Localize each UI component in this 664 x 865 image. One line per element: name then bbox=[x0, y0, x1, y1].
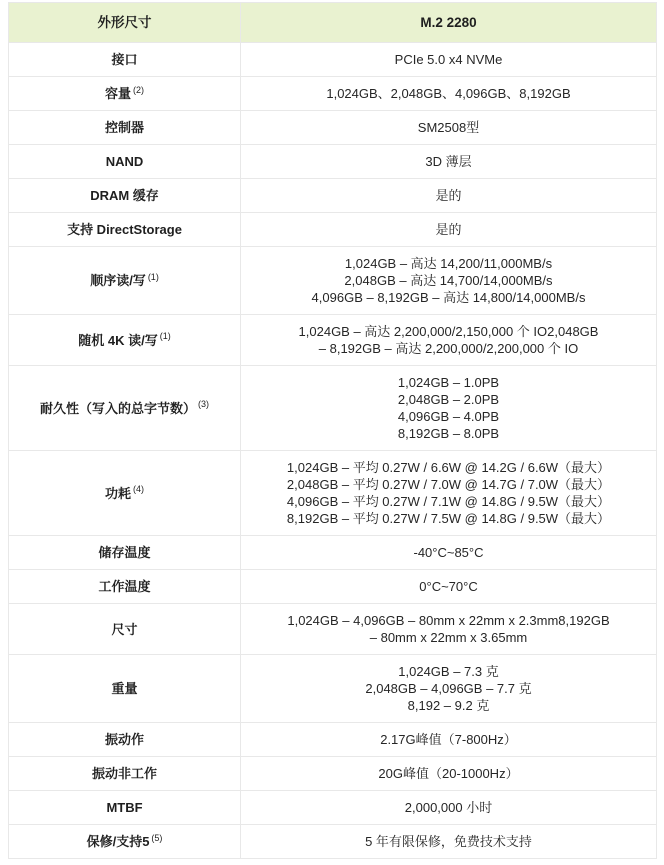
row-label-text: 工作温度 bbox=[98, 579, 150, 594]
row-label-text: 顺序读/写 bbox=[90, 273, 146, 288]
value-line: -40°C~85°C bbox=[247, 544, 650, 561]
row-endurance: 耐久性（写入的总字节数）(3) 1,024GB – 1.0PB 2,048GB … bbox=[9, 366, 657, 451]
row-interface: 接口 PCIe 5.0 x4 NVMe bbox=[9, 43, 657, 77]
spec-header-row: 外形尺寸 M.2 2280 bbox=[9, 3, 657, 43]
value-line: 20G峰值（20-1000Hz） bbox=[247, 765, 650, 782]
value-line: 1,024GB – 平均 0.27W / 6.6W @ 14.2G / 6.6W… bbox=[247, 459, 650, 476]
row-label-text: 随机 4K 读/写 bbox=[78, 333, 157, 348]
value-line: 1,024GB – 7.3 克 bbox=[247, 663, 650, 680]
row-directstorage: 支持 DirectStorage 是的 bbox=[9, 213, 657, 247]
value-line: 2,000,000 小时 bbox=[247, 799, 650, 816]
row-label-text: MTBF bbox=[106, 800, 142, 815]
row-label: MTBF bbox=[9, 791, 241, 825]
row-label: 随机 4K 读/写(1) bbox=[9, 315, 241, 366]
row-value: 1,024GB – 高达 2,200,000/2,150,000 个 IO2,0… bbox=[241, 315, 657, 366]
row-value: 1,024GB – 平均 0.27W / 6.6W @ 14.2G / 6.6W… bbox=[241, 451, 657, 536]
row-label: 顺序读/写(1) bbox=[9, 247, 241, 315]
row-label: 耐久性（写入的总字节数）(3) bbox=[9, 366, 241, 451]
row-capacity: 容量(2) 1,024GB、2,048GB、4,096GB、8,192GB bbox=[9, 77, 657, 111]
value-line: 3D 薄层 bbox=[247, 153, 650, 170]
row-value: 是的 bbox=[241, 213, 657, 247]
row-value: 2,000,000 小时 bbox=[241, 791, 657, 825]
footnote-superscript: (2) bbox=[133, 85, 144, 95]
row-operating-temperature: 工作温度 0°C~70°C bbox=[9, 570, 657, 604]
row-value: 1,024GB – 1.0PB 2,048GB – 2.0PB 4,096GB … bbox=[241, 366, 657, 451]
row-label-text: 控制器 bbox=[105, 120, 144, 135]
value-line: 1,024GB、2,048GB、4,096GB、8,192GB bbox=[247, 85, 650, 102]
value-line: 2,048GB – 4,096GB – 7.7 克 bbox=[247, 680, 650, 697]
row-value: 1,024GB、2,048GB、4,096GB、8,192GB bbox=[241, 77, 657, 111]
value-line: 1,024GB – 1.0PB bbox=[247, 374, 650, 391]
value-line: 2,048GB – 高达 14,700/14,000MB/s bbox=[247, 272, 650, 289]
row-value: 2.17G峰值（7-800Hz） bbox=[241, 723, 657, 757]
row-label: 功耗(4) bbox=[9, 451, 241, 536]
row-mtbf: MTBF 2,000,000 小时 bbox=[9, 791, 657, 825]
value-line: 8,192 – 9.2 克 bbox=[247, 697, 650, 714]
row-value: 1,024GB – 4,096GB – 80mm x 22mm x 2.3mm8… bbox=[241, 604, 657, 655]
spec-header-label: 外形尺寸 bbox=[9, 3, 241, 43]
value-line: 2,048GB – 平均 0.27W / 7.0W @ 14.7G / 7.0W… bbox=[247, 476, 650, 493]
row-label: 控制器 bbox=[9, 111, 241, 145]
row-label-text: NAND bbox=[106, 154, 144, 169]
value-line: – 80mm x 22mm x 3.65mm bbox=[247, 629, 650, 646]
row-warranty-support: 保修/支持5(5) 5 年有限保修，免费技术支持 bbox=[9, 825, 657, 859]
footnote-superscript: (5) bbox=[151, 833, 162, 843]
row-label-text: 支持 DirectStorage bbox=[67, 222, 182, 237]
row-label: 振动作 bbox=[9, 723, 241, 757]
footnote-superscript: (3) bbox=[198, 399, 209, 409]
row-value: 是的 bbox=[241, 179, 657, 213]
value-line: 2.17G峰值（7-800Hz） bbox=[247, 731, 650, 748]
value-line: 1,024GB – 4,096GB – 80mm x 22mm x 2.3mm8… bbox=[247, 612, 650, 629]
row-controller: 控制器 SM2508型 bbox=[9, 111, 657, 145]
row-weight: 重量 1,024GB – 7.3 克 2,048GB – 4,096GB – 7… bbox=[9, 655, 657, 723]
spec-page: 外形尺寸 M.2 2280 接口 PCIe 5.0 x4 NVMe 容量(2) … bbox=[0, 0, 664, 859]
row-label-text: DRAM 缓存 bbox=[90, 188, 159, 203]
row-label: 振动非工作 bbox=[9, 757, 241, 791]
row-value: 0°C~70°C bbox=[241, 570, 657, 604]
row-label-text: 接口 bbox=[111, 52, 137, 67]
value-line: 是的 bbox=[247, 221, 650, 238]
row-vibration-operating: 振动作 2.17G峰值（7-800Hz） bbox=[9, 723, 657, 757]
row-value: 1,024GB – 7.3 克 2,048GB – 4,096GB – 7.7 … bbox=[241, 655, 657, 723]
value-line: 4,096GB – 平均 0.27W / 7.1W @ 14.8G / 9.5W… bbox=[247, 493, 650, 510]
value-line: 4,096GB – 4.0PB bbox=[247, 408, 650, 425]
row-label: NAND bbox=[9, 145, 241, 179]
row-label: 接口 bbox=[9, 43, 241, 77]
footnote-superscript: (1) bbox=[148, 272, 159, 282]
value-line: 0°C~70°C bbox=[247, 578, 650, 595]
row-random-4k-read-write: 随机 4K 读/写(1) 1,024GB – 高达 2,200,000/2,15… bbox=[9, 315, 657, 366]
value-line: 8,192GB – 平均 0.27W / 7.5W @ 14.8G / 9.5W… bbox=[247, 510, 650, 527]
row-label: 尺寸 bbox=[9, 604, 241, 655]
spec-table: 外形尺寸 M.2 2280 接口 PCIe 5.0 x4 NVMe 容量(2) … bbox=[8, 2, 657, 859]
row-label-text: 重量 bbox=[111, 681, 137, 696]
row-dram-cache: DRAM 缓存 是的 bbox=[9, 179, 657, 213]
row-label: DRAM 缓存 bbox=[9, 179, 241, 213]
row-label-text: 储存温度 bbox=[98, 545, 150, 560]
footnote-superscript: (4) bbox=[133, 484, 144, 494]
value-line: 2,048GB – 2.0PB bbox=[247, 391, 650, 408]
row-label: 工作温度 bbox=[9, 570, 241, 604]
row-label-text: 尺寸 bbox=[111, 622, 137, 637]
value-line: – 8,192GB – 高达 2,200,000/2,200,000 个 IO bbox=[247, 340, 650, 357]
value-line: 5 年有限保修，免费技术支持 bbox=[247, 833, 650, 850]
row-label: 重量 bbox=[9, 655, 241, 723]
spec-header-value: M.2 2280 bbox=[241, 3, 657, 43]
row-label-text: 耐久性（写入的总字节数） bbox=[40, 401, 196, 416]
row-vibration-non-operating: 振动非工作 20G峰值（20-1000Hz） bbox=[9, 757, 657, 791]
row-value: 5 年有限保修，免费技术支持 bbox=[241, 825, 657, 859]
row-nand: NAND 3D 薄层 bbox=[9, 145, 657, 179]
row-label-text: 功耗 bbox=[105, 486, 131, 501]
row-value: 1,024GB – 高达 14,200/11,000MB/s 2,048GB –… bbox=[241, 247, 657, 315]
row-label-text: 振动作 bbox=[105, 732, 144, 747]
row-value: PCIe 5.0 x4 NVMe bbox=[241, 43, 657, 77]
row-label-text: 振动非工作 bbox=[92, 766, 157, 781]
row-value: 3D 薄层 bbox=[241, 145, 657, 179]
row-sequential-read-write: 顺序读/写(1) 1,024GB – 高达 14,200/11,000MB/s … bbox=[9, 247, 657, 315]
row-label-text: 容量 bbox=[105, 86, 131, 101]
row-label: 支持 DirectStorage bbox=[9, 213, 241, 247]
value-line: SM2508型 bbox=[247, 119, 650, 136]
value-line: PCIe 5.0 x4 NVMe bbox=[247, 51, 650, 68]
row-dimensions: 尺寸 1,024GB – 4,096GB – 80mm x 22mm x 2.3… bbox=[9, 604, 657, 655]
row-value: SM2508型 bbox=[241, 111, 657, 145]
row-storage-temperature: 储存温度 -40°C~85°C bbox=[9, 536, 657, 570]
value-line: 4,096GB – 8,192GB – 高达 14,800/14,000MB/s bbox=[247, 289, 650, 306]
row-power-consumption: 功耗(4) 1,024GB – 平均 0.27W / 6.6W @ 14.2G … bbox=[9, 451, 657, 536]
row-value: -40°C~85°C bbox=[241, 536, 657, 570]
row-label: 储存温度 bbox=[9, 536, 241, 570]
row-label-text: 保修/支持5 bbox=[87, 834, 150, 849]
footnote-superscript: (1) bbox=[160, 331, 171, 341]
value-line: 8,192GB – 8.0PB bbox=[247, 425, 650, 442]
value-line: 1,024GB – 高达 14,200/11,000MB/s bbox=[247, 255, 650, 272]
value-line: 1,024GB – 高达 2,200,000/2,150,000 个 IO2,0… bbox=[247, 323, 650, 340]
row-label: 容量(2) bbox=[9, 77, 241, 111]
row-label: 保修/支持5(5) bbox=[9, 825, 241, 859]
value-line: 是的 bbox=[247, 187, 650, 204]
row-value: 20G峰值（20-1000Hz） bbox=[241, 757, 657, 791]
